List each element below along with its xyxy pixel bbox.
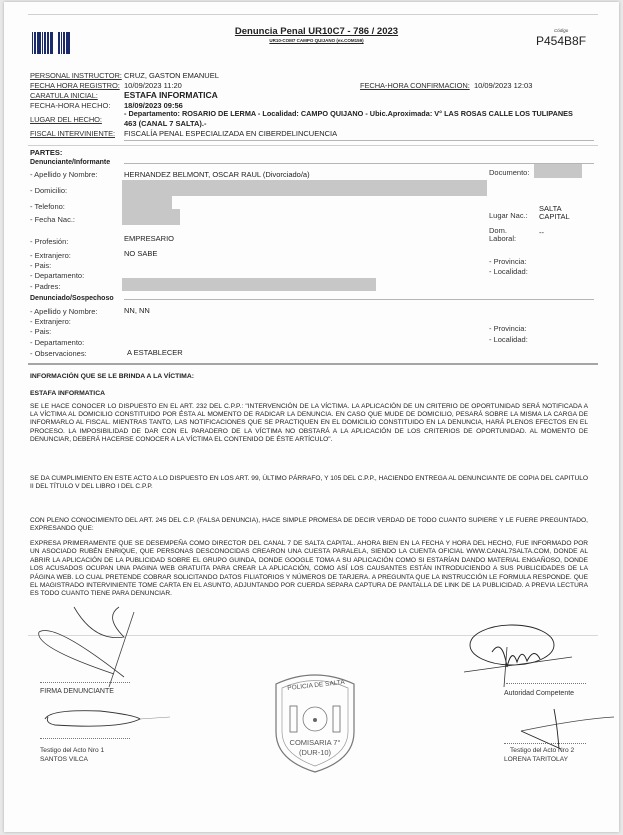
testigo1-signature-icon (40, 707, 160, 732)
denunciado-apellido-label: - Apellido y Nombre: (30, 307, 98, 316)
localidad-label: - Localidad: (489, 267, 528, 276)
fecha-nac-label: - Fecha Nac.: (30, 215, 75, 224)
profesion-label: - Profesión: (30, 237, 68, 246)
domicilio-label: - Domicilio: (30, 186, 67, 195)
domicilio-redacted (122, 180, 487, 196)
testigo2-label: Testigo del Acto Nro 2 (510, 747, 574, 754)
paragraph-art-232: SE LE HACE CONOCER LO DISPUESTO EN EL AR… (30, 403, 588, 444)
observaciones-value: A ESTABLECER (127, 348, 183, 357)
denunciado-title: Denunciado/Sospechoso (30, 295, 114, 302)
testigo2-name: LORENA TARITOLAY (504, 756, 568, 763)
caratula-label: CARATULA INICIAL: (30, 91, 98, 100)
lugar-hecho-line1: - Departamento: ROSARIO DE LERMA - Local… (124, 109, 573, 118)
departamento-label: - Departamento: (30, 271, 84, 280)
denunciante-signature-icon (34, 602, 144, 682)
denunciado-pais-label: - Pais: (30, 327, 51, 336)
denunciante-divider (124, 163, 594, 164)
documento-label: Documento: (489, 168, 529, 177)
lugar-hecho-line2: 463 (CANAL 7 SALTA).- (124, 119, 207, 128)
info-divider (124, 140, 594, 141)
fiscal-value: FISCALÍA PENAL ESPECIALIZADA EN CIBERDEL… (124, 129, 337, 138)
observaciones-label: - Observaciones: (30, 349, 87, 358)
denunciado-localidad-label: - Localidad: (489, 335, 528, 344)
provincia-label: - Provincia: (489, 257, 527, 266)
denunciado-provincia-label: - Provincia: (489, 324, 527, 333)
info-victima-title: INFORMACIÓN QUE SE LE BRINDA A LA VÍCTIM… (30, 373, 194, 380)
pais-label: - Pais: (30, 261, 51, 270)
tipo-delito: ESTAFA INFORMATICA (30, 390, 105, 397)
personal-instructor-label: PERSONAL INSTRUCTOR: (30, 71, 122, 80)
denunciado-apellido-value: NN, NN (124, 306, 150, 315)
fecha-confirmacion-value: 10/09/2023 12:03 (474, 81, 532, 90)
document-subtitle: UR10-COM7 CAMPO QUIJANO (ex.COM159) (184, 38, 449, 43)
top-divider (28, 14, 598, 15)
fecha-nac-redacted (122, 209, 180, 225)
autoridad-signature-icon (462, 617, 582, 697)
code-label: Código (554, 28, 568, 33)
padres-label: - Padres: (30, 282, 60, 291)
extranjero-label: - Extranjero: (30, 251, 71, 260)
partes-end-divider (28, 363, 598, 365)
partes-divider (28, 145, 598, 146)
paragraph-declaracion: EXPRESA PRIMERAMENTE QUE SE DESEMPEÑA CO… (30, 540, 588, 599)
autoridad-label: Autoridad Competente (504, 690, 574, 697)
documento-redacted (534, 164, 582, 178)
caratula-value: ESTAFA INFORMATICA (124, 90, 218, 100)
testigo1-label: Testigo del Acto Nro 1 (40, 747, 104, 754)
partes-title: PARTES: (30, 148, 62, 157)
extranjero-value: NO SABE (124, 249, 157, 258)
document-code: P454B8F (536, 34, 586, 48)
testigo1-signature-line (40, 738, 130, 739)
padres-redacted (122, 278, 376, 291)
denunciante-signature-line (40, 682, 130, 683)
lugar-hecho-label: LUGAR DEL HECHO: (30, 115, 102, 124)
firma-denunciante-label: FIRMA DENUNCIANTE (40, 688, 114, 695)
testigo2-signature-line (504, 743, 586, 744)
paragraph-art-99: SE DA CUMPLIMIENTO EN ESTE ACTO A LO DIS… (30, 475, 588, 491)
denunciante-apellido-value: HERNANDEZ BELMONT, OSCAR RAUL (Divorciad… (124, 170, 310, 179)
document-page: Denuncia Penal UR10C7 - 786 / 2023 UR10-… (4, 2, 619, 832)
dom-laboral-value: -- (539, 228, 544, 237)
denunciado-departamento-label: - Departamento: (30, 338, 84, 347)
dom-laboral-label-2: Laboral: (489, 234, 516, 243)
autoridad-signature-line (506, 683, 586, 684)
profesion-value: EMPRESARIO (124, 234, 174, 243)
lugar-nac-line2: CAPITAL (539, 212, 570, 221)
paragraph-art-245: CON PLENO CONOCIMIENTO DEL ART. 245 DEL … (30, 517, 588, 533)
denunciante-apellido-label: - Apellido y Nombre: (30, 170, 98, 179)
fecha-registro-value: 10/09/2023 11:20 (124, 81, 182, 90)
telefono-label: - Telefono: (30, 202, 65, 211)
fecha-registro-label: FECHA HORA REGISTRO: (30, 81, 120, 90)
stamp-line2: (DUR-10) (276, 748, 354, 757)
denunciado-divider (124, 299, 594, 300)
testigo1-name: SANTOS VILCA (40, 756, 88, 763)
denunciante-title: Denunciante/Informante (30, 159, 110, 166)
police-stamp: POLICIA DE SALTA COMISARIA 7° (DUR-10) (266, 670, 364, 774)
fecha-hecho-label: FECHA-HORA HECHO: (30, 101, 110, 110)
lugar-nac-label: Lugar Nac.: (489, 211, 528, 220)
denunciado-extranjero-label: - Extranjero: (30, 317, 71, 326)
fiscal-label: FISCAL INTERVINIENTE: (30, 129, 115, 138)
barcode-icon (32, 32, 70, 54)
document-title: Denuncia Penal UR10C7 - 786 / 2023 (184, 26, 449, 37)
fecha-confirmacion-label: FECHA-HORA CONFIRMACION: (360, 81, 470, 90)
telefono-redacted (122, 196, 172, 209)
personal-instructor-value: CRUZ, GASTON EMANUEL (124, 71, 219, 80)
stamp-line1: COMISARIA 7° (276, 738, 354, 747)
